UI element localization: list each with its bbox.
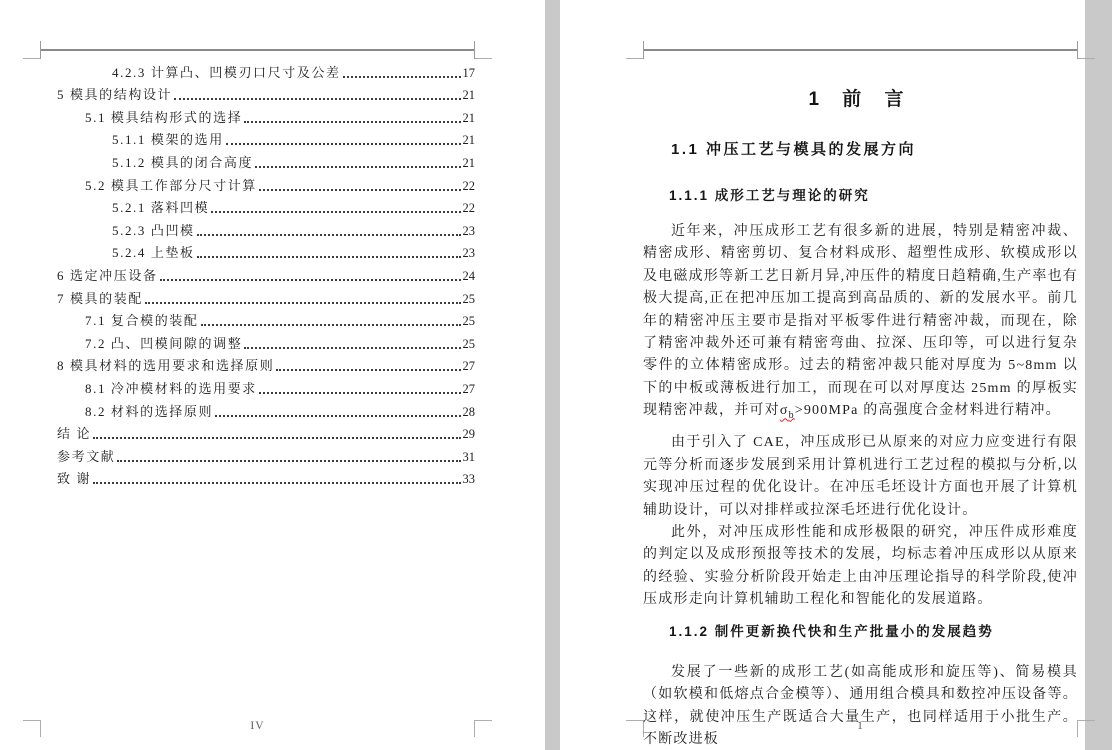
paragraph-2: 由于引入了 CAE，冲压成形已从原来的对应力应变进行有限元等分析而逐步发展到采用…: [643, 432, 1078, 522]
margin-mark: [643, 41, 644, 59]
toc-entry-page: 23: [463, 243, 476, 263]
toc-dot-leader: [201, 324, 461, 326]
toc-entry-page: 29: [463, 424, 476, 444]
sub-heading-1-1-1: 1.1.1 成形工艺与理论的研究: [643, 184, 1078, 204]
toc-dot-leader: [259, 189, 461, 191]
crop-mark: [626, 58, 643, 59]
sigma-b-symbol-misspelled: σb: [780, 403, 795, 418]
crop-mark: [475, 720, 492, 721]
paragraph-1-tail: >900MPa 的高强度合金材料进行精冲。: [795, 403, 1061, 418]
toc-entry[interactable]: 5.2.4 上垫板23: [40, 241, 475, 264]
page-number-right: 1: [643, 720, 1078, 732]
text-boundary-top: [40, 49, 475, 51]
toc-dot-leader: [226, 143, 461, 145]
toc-dot-leader: [93, 437, 460, 439]
toc-entry-label: 5.2.1 落料凹模: [40, 198, 209, 218]
toc-entry-page: 21: [463, 85, 476, 105]
sub-heading-1-1-2: 1.1.2 制件更新换代快和生产批量小的发展趋势: [643, 620, 1078, 640]
toc-entry-label: 5 模具的结构设计: [40, 85, 172, 105]
toc-dot-leader: [244, 121, 460, 123]
crop-mark: [1078, 58, 1095, 59]
toc-dot-leader: [259, 392, 461, 394]
margin-mark: [40, 41, 41, 59]
toc-entry-page: 27: [463, 379, 476, 399]
paragraph-1-text: 近年来，冲压成形工艺有很多新的进展，特别是精密冲裁、精密成形、精密剪切、复合材料…: [643, 224, 1078, 418]
toc-entry[interactable]: 5.2 模具工作部分尺寸计算22: [40, 173, 475, 196]
toc-entry[interactable]: 4.2.3 计算凸、凹模刃口尺寸及公差17: [40, 60, 475, 83]
page-right[interactable]: 1 前 言 1.1 冲压工艺与模具的发展方向 1.1.1 成形工艺与理论的研究 …: [560, 0, 1085, 750]
toc-entry-page: 22: [463, 176, 476, 196]
toc-dot-leader: [117, 460, 460, 462]
toc-entry-page: 28: [463, 402, 476, 422]
toc-entry[interactable]: 5.1.2 模具的闭合高度21: [40, 150, 475, 173]
paragraph-1: 近年来，冲压成形工艺有很多新的进展，特别是精密冲裁、精密成形、精密剪切、复合材料…: [643, 221, 1078, 427]
toc-entry[interactable]: 7.1 复合模的装配25: [40, 309, 475, 332]
toc-entry-page: 33: [463, 469, 476, 489]
toc-entry[interactable]: 5.1.1 模架的选用21: [40, 128, 475, 151]
crop-mark: [626, 720, 643, 721]
toc-entry-label: 4.2.3 计算凸、凹模刃口尺寸及公差: [40, 63, 341, 83]
toc-entry[interactable]: 8.2 材料的选择原则28: [40, 399, 475, 422]
crop-mark: [23, 720, 40, 721]
toc-dot-leader: [197, 256, 461, 258]
section-heading-1-1: 1.1 冲压工艺与模具的发展方向: [643, 138, 1078, 159]
toc-entry-label: 8 模具材料的选用要求和选择原则: [40, 356, 274, 376]
toc-entry-label: 8.1 冷冲模材料的选用要求: [40, 379, 257, 399]
toc-entry[interactable]: 7.2 凸、凹模间隙的调整25: [40, 331, 475, 354]
sigma-symbol: σ: [780, 403, 789, 418]
page-number-left: IV: [40, 720, 475, 732]
toc-entry[interactable]: 致 谢33: [40, 467, 475, 490]
toc-entry-label: 7 模具的装配: [40, 289, 143, 309]
toc-dot-leader: [211, 211, 460, 213]
toc-entry[interactable]: 8 模具材料的选用要求和选择原则27: [40, 354, 475, 377]
margin-mark: [474, 41, 475, 59]
toc-entry-page: 21: [463, 153, 476, 173]
toc-entry-label: 5.1.1 模架的选用: [40, 130, 224, 150]
margin-mark: [1077, 41, 1078, 59]
toc-entry-label: 8.2 材料的选择原则: [40, 402, 213, 422]
toc-entry-label: 5.1.2 模具的闭合高度: [40, 153, 253, 173]
toc-entry-label: 7.2 凸、凹模间隙的调整: [40, 334, 242, 354]
toc-entry-label: 5.2.3 凸凹模: [40, 221, 195, 241]
toc-entry-page: 21: [463, 130, 476, 150]
paragraph-4: 发展了一些新的成形工艺(如高能成形和旋压等)、简易模具（如软模和低熔点合金模等）…: [643, 662, 1078, 750]
toc-entry-page: 31: [463, 447, 476, 467]
crop-mark: [23, 58, 40, 59]
toc-dot-leader: [197, 234, 461, 236]
page-left[interactable]: 4.2.3 计算凸、凹模刃口尺寸及公差17 5 模具的结构设计21 5.1 模具…: [0, 0, 545, 750]
toc-entry[interactable]: 参考文献31: [40, 444, 475, 467]
toc-dot-leader: [145, 302, 461, 304]
toc-entry[interactable]: 结 论29: [40, 422, 475, 445]
toc-entry[interactable]: 5.2.1 落料凹模22: [40, 196, 475, 219]
chapter-title: 1 前 言: [643, 84, 1078, 111]
toc-entry-page: 25: [463, 311, 476, 331]
toc-entry[interactable]: 8.1 冷冲模材料的选用要求27: [40, 376, 475, 399]
toc-entry-label: 参考文献: [40, 447, 115, 467]
toc-entry-label: 致 谢: [40, 469, 91, 489]
table-of-contents: 4.2.3 计算凸、凹模刃口尺寸及公差17 5 模具的结构设计21 5.1 模具…: [40, 60, 475, 489]
toc-entry-page: 22: [463, 198, 476, 218]
chapter-content: 1 前 言 1.1 冲压工艺与模具的发展方向 1.1.1 成形工艺与理论的研究 …: [643, 59, 1078, 750]
crop-mark: [475, 58, 492, 59]
toc-entry-label: 5.2.4 上垫板: [40, 243, 195, 263]
toc-entry-page: 17: [463, 63, 476, 83]
toc-entry[interactable]: 5.2.3 凸凹模23: [40, 218, 475, 241]
toc-entry[interactable]: 7 模具的装配25: [40, 286, 475, 309]
toc-entry[interactable]: 5 模具的结构设计21: [40, 83, 475, 106]
toc-entry-label: 5.2 模具工作部分尺寸计算: [40, 176, 257, 196]
text-boundary-top: [643, 49, 1078, 51]
toc-entry-page: 21: [463, 108, 476, 128]
toc-entry-page: 27: [463, 356, 476, 376]
document-canvas: 4.2.3 计算凸、凹模刃口尺寸及公差17 5 模具的结构设计21 5.1 模具…: [0, 0, 1112, 750]
toc-dot-leader: [343, 76, 461, 78]
toc-dot-leader: [160, 279, 461, 281]
toc-entry-label: 5.1 模具结构形式的选择: [40, 108, 242, 128]
toc-entry-page: 23: [463, 221, 476, 241]
toc-dot-leader: [93, 482, 460, 484]
toc-dot-leader: [174, 98, 460, 100]
toc-entry-label: 7.1 复合模的装配: [40, 311, 199, 331]
paragraph-3: 此外，对冲压成形性能和成形极限的研究，冲压件成形难度的判定以及成形预报等技术的发…: [643, 522, 1078, 612]
toc-dot-leader: [244, 347, 460, 349]
toc-entry-page: 25: [463, 289, 476, 309]
crop-mark: [1078, 720, 1095, 721]
toc-entry-page: 25: [463, 334, 476, 354]
toc-dot-leader: [255, 166, 460, 168]
toc-dot-leader: [276, 369, 460, 371]
toc-entry[interactable]: 5.1 模具结构形式的选择21: [40, 105, 475, 128]
toc-entry-page: 24: [463, 266, 476, 286]
toc-entry-label: 结 论: [40, 424, 91, 444]
toc-dot-leader: [215, 415, 460, 417]
toc-entry-label: 6 选定冲压设备: [40, 266, 158, 286]
toc-entry[interactable]: 6 选定冲压设备24: [40, 263, 475, 286]
